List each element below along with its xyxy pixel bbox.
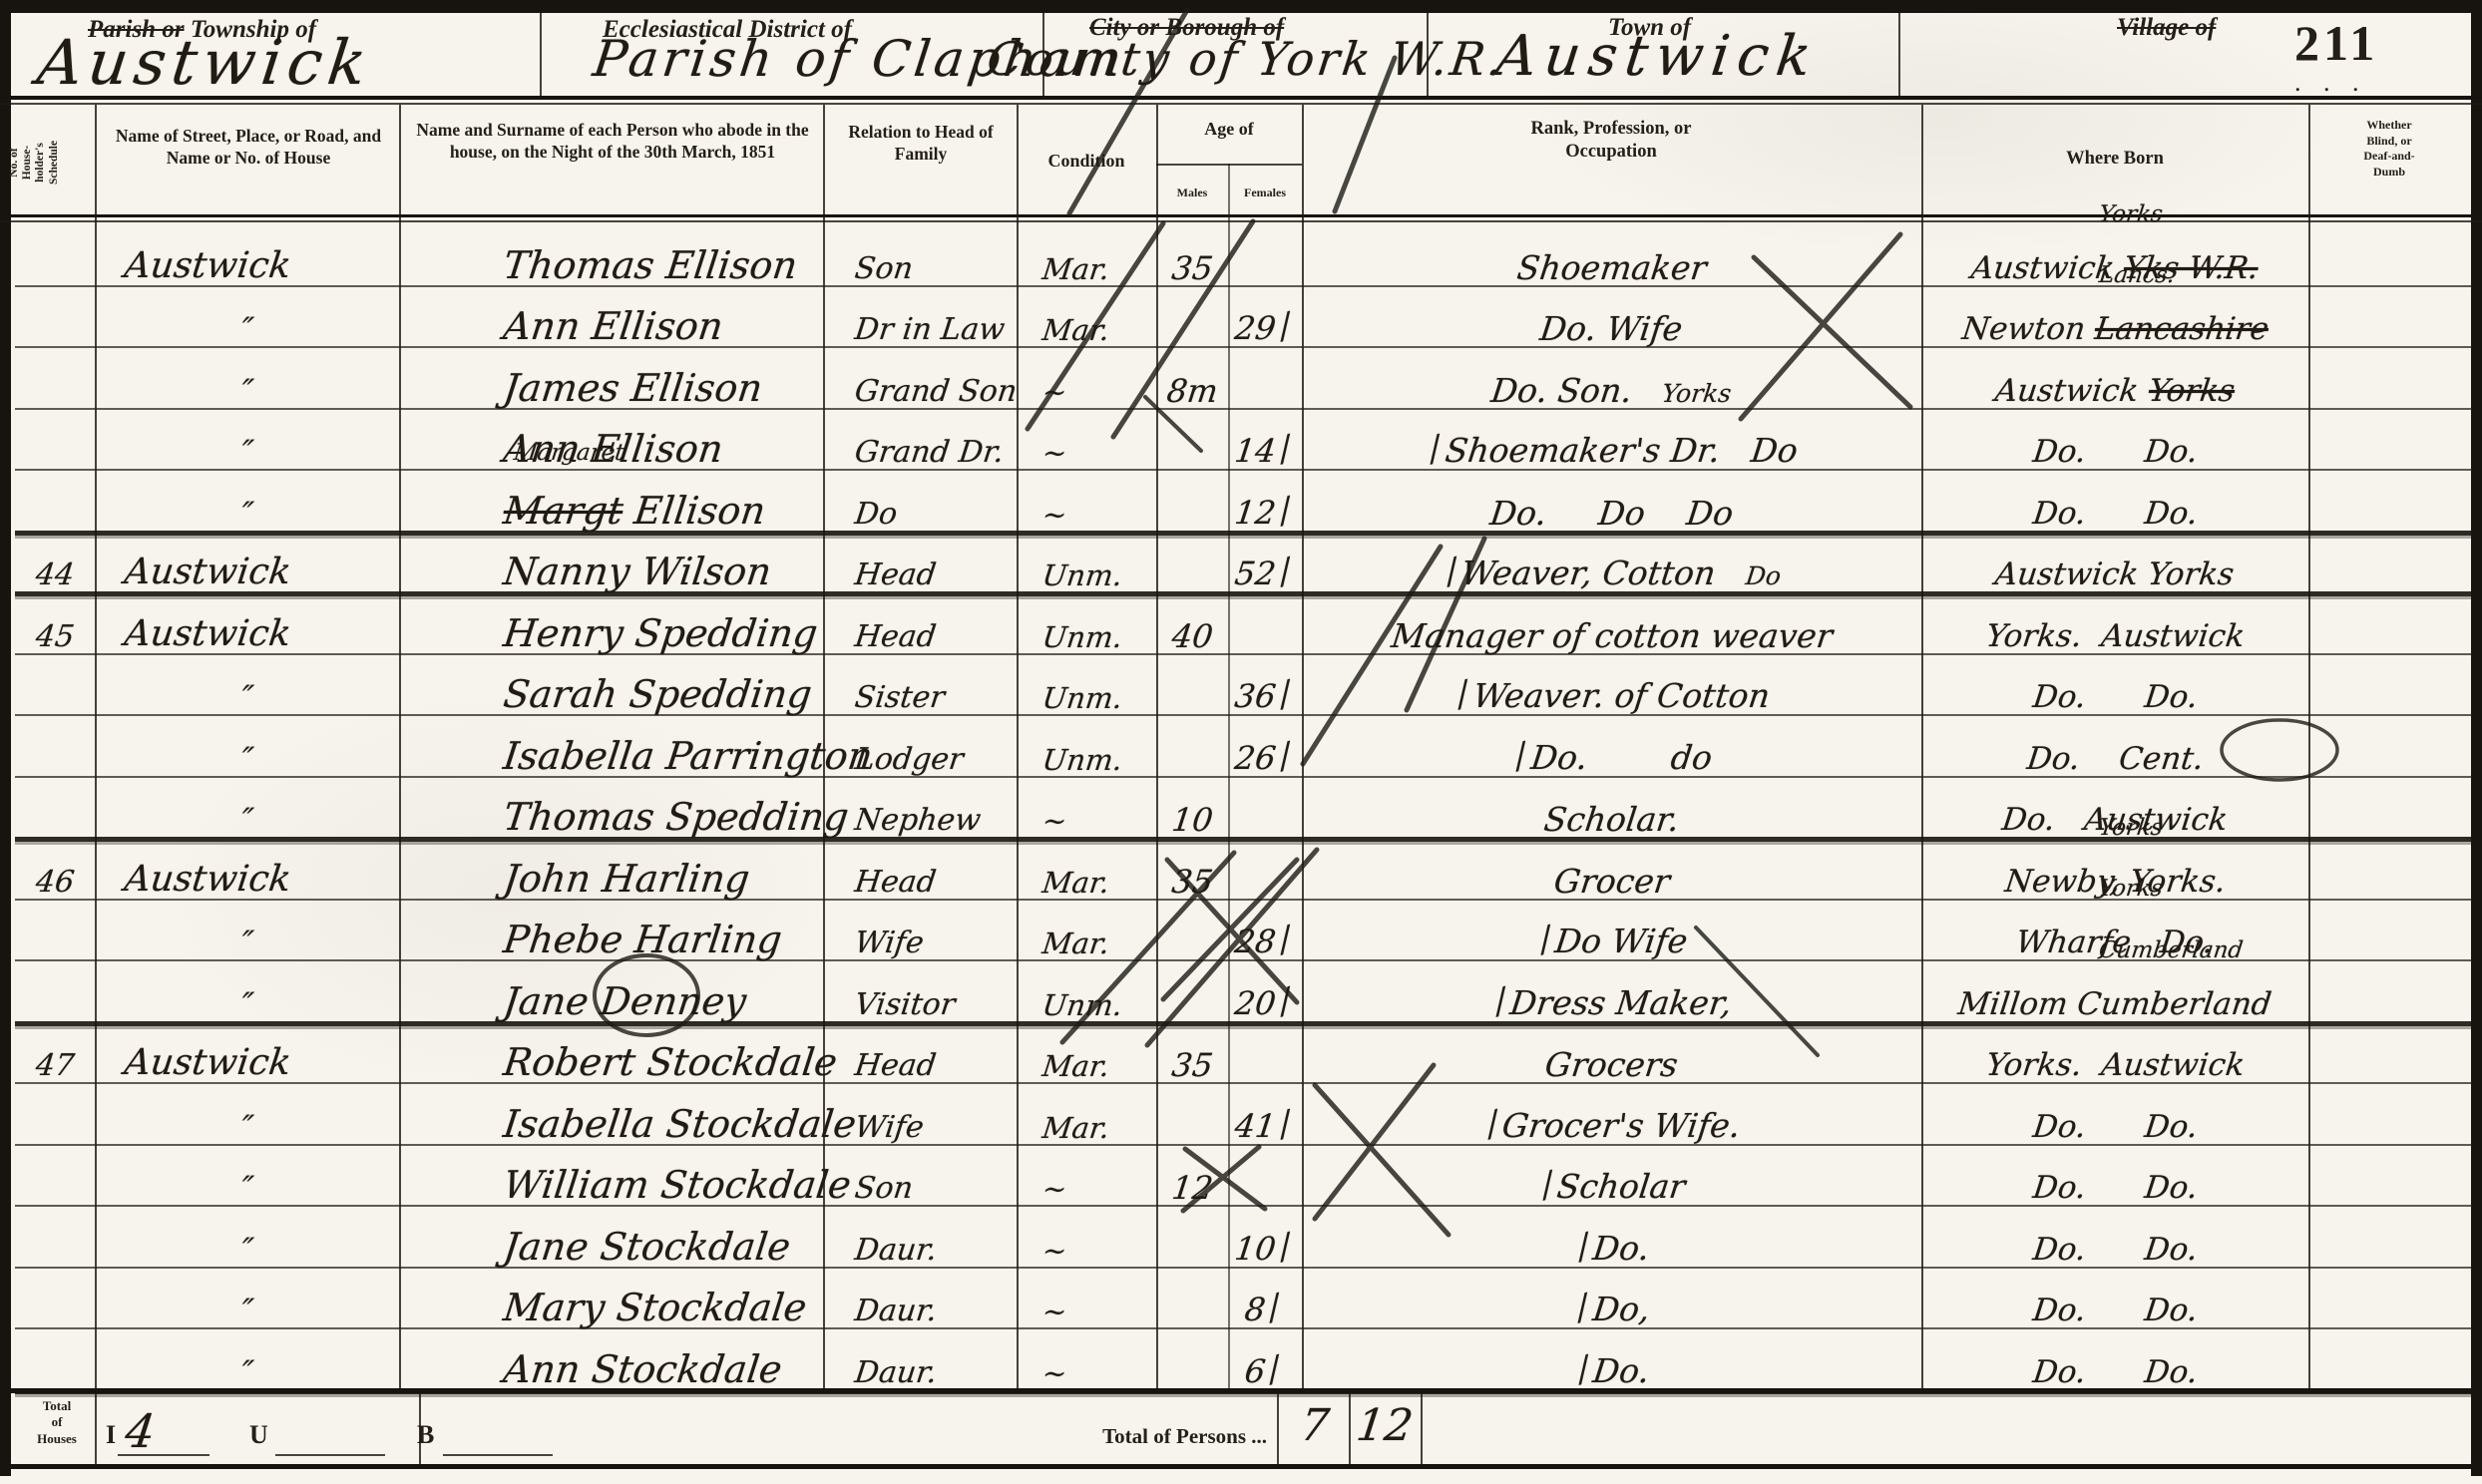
cell-condition: Mar.	[1042, 316, 1109, 345]
cell-born: Do. Do.	[1921, 1235, 2308, 1266]
born-place: Austwick Yorks	[1994, 559, 2237, 590]
cell-born: Do. Cent.	[1921, 744, 2308, 775]
person-name: Henry Spedding	[502, 614, 820, 652]
cell-person-name: Isabella Parrington	[504, 737, 872, 775]
age-male: 12	[1170, 1172, 1215, 1204]
col-occupation: Rank, Profession, or Occupation	[1506, 118, 1716, 164]
occupation: Do Wife	[1553, 925, 1690, 957]
occupation: Do.	[1591, 1232, 1651, 1265]
inhabited-letter: I	[106, 1420, 116, 1450]
relation: Head	[853, 622, 938, 652]
person-name: Ann Ellison	[502, 307, 725, 345]
clerical-tick: ∕	[1443, 554, 1461, 589]
total-houses-value: 4	[126, 1404, 155, 1458]
cell-age-female: 28∕	[1228, 925, 1302, 958]
relation: Head	[853, 868, 938, 898]
condition: Mar.	[1040, 869, 1110, 898]
street-name: Austwick	[123, 1045, 293, 1081]
cell-age-male: 35	[1156, 1049, 1228, 1081]
clerical-tick: ∕	[1511, 738, 1530, 774]
clerical-tick: ∕	[1275, 983, 1294, 1019]
cell-born: Do. Do.	[1921, 1357, 2308, 1388]
cell-relation: Daur.	[855, 1297, 937, 1326]
relation: Daur.	[853, 1236, 939, 1266]
cell-condition: Mar.	[1042, 1052, 1109, 1081]
ditto-mark: ″	[239, 804, 255, 836]
uninhabited-letter: U	[249, 1420, 268, 1450]
cell-occupation: ∕Weaver, CottonDo	[1302, 556, 1921, 590]
street-name: Austwick	[123, 862, 293, 898]
condition: Unm.	[1040, 684, 1123, 713]
clerical-tick: ∕	[1573, 1290, 1592, 1325]
cell-occupation: Manager of cotton weaver	[1302, 619, 1921, 652]
census-row: ″Sarah SpeddingSisterUnm.36∕∕Weaver. of …	[15, 653, 2472, 717]
schedule-number: 45	[34, 622, 76, 652]
census-row: 47AustwickRobert StockdaleHeadMar.35Groc…	[15, 1021, 2472, 1085]
condition: ∼	[1040, 1359, 1068, 1388]
cell-condition: ∼	[1042, 501, 1066, 530]
cell-condition: Mar.	[1042, 255, 1109, 284]
cell-person-name: Jane Stockdale	[504, 1228, 790, 1266]
occupation-note: Do	[1744, 563, 1782, 588]
cell-age-male: 12	[1156, 1172, 1228, 1204]
person-name: Sarah Spedding	[502, 675, 814, 713]
clerical-tick: ∕	[1265, 1290, 1284, 1325]
cell-person-name: William Stockdale	[504, 1166, 851, 1204]
cell-born: Do. Do.	[1921, 682, 2308, 713]
census-row: ″Ann EllisonGrand Dr.∼14∕∕Shoemaker's Dr…	[15, 408, 2472, 472]
person-name: Thomas Ellison	[502, 246, 800, 284]
cell-relation: Son	[855, 254, 913, 284]
person-name: Jane Stockdale	[502, 1228, 793, 1266]
occupation: Do,	[1591, 1293, 1652, 1325]
ditto-mark: ″	[239, 988, 255, 1020]
person-name: Nanny Wilson	[502, 553, 774, 590]
cell-relation: Son	[855, 1174, 913, 1204]
cell-condition: Unm.	[1042, 991, 1122, 1020]
cell-person-name: Robert Stockdale	[504, 1043, 837, 1081]
cell-condition: Mar.	[1042, 1114, 1109, 1143]
age-male: 10	[1170, 804, 1215, 836]
condition: ∼	[1040, 439, 1068, 468]
relation: Daur.	[853, 1358, 939, 1388]
cell-age-female: 36∕	[1228, 679, 1302, 713]
total-persons-label: Total of Persons ...	[898, 1424, 1267, 1449]
col-name: Name and Surname of each Person who abod…	[409, 120, 816, 164]
cell-occupation: Grocers	[1302, 1048, 1921, 1081]
condition: Mar.	[1040, 1052, 1110, 1081]
occupation: Grocer's Wife.	[1500, 1109, 1742, 1142]
occupation: Grocer	[1552, 865, 1672, 898]
born-place: Austwick	[1994, 376, 2151, 407]
cell-occupation: ∕Do,	[1302, 1293, 1921, 1326]
cell-street: Austwick	[125, 616, 290, 652]
clerical-tick: ∕	[1426, 431, 1445, 467]
cell-person-name: Thomas Spedding	[504, 798, 848, 836]
cell-condition: ∼	[1042, 378, 1066, 407]
condition: ∼	[1040, 501, 1068, 530]
clerical-tick: ∕	[1265, 1351, 1284, 1387]
condition: ∼	[1040, 1298, 1068, 1326]
clerical-tick: ∕	[1490, 983, 1509, 1019]
females-total: 12	[1349, 1400, 1421, 1451]
cell-person-name: Ann Stockdale	[504, 1350, 782, 1388]
cell-schedule: 47	[15, 1051, 95, 1081]
cell-relation: Daur.	[855, 1358, 937, 1388]
cell-relation: Dr in Law	[855, 315, 1005, 345]
cell-street-ditto: ″	[95, 313, 399, 345]
col-condition: Condition	[1020, 150, 1153, 173]
born-place: Do. Do.	[2031, 499, 2200, 530]
born-place: Do. Do.	[2031, 1173, 2200, 1204]
cell-street-ditto: ″	[95, 927, 399, 958]
occupation: Weaver, Cotton	[1459, 556, 1718, 589]
total-houses-label: Total of Houses	[22, 1398, 92, 1447]
condition: Mar.	[1040, 929, 1110, 958]
cell-street-ditto: ″	[95, 743, 399, 775]
occupation: Do. Son.	[1489, 374, 1634, 407]
person-name: Isabella Stockdale	[502, 1105, 859, 1143]
age-female: 36	[1233, 680, 1278, 712]
cell-age-female: 20∕	[1228, 986, 1302, 1020]
border-top	[0, 0, 2482, 13]
condition: ∼	[1040, 1237, 1068, 1266]
condition: Unm.	[1040, 561, 1123, 590]
cell-street: Austwick	[125, 248, 290, 284]
age-female: 29	[1233, 312, 1278, 344]
ditto-mark: ″	[239, 681, 255, 713]
cell-relation: Grand Dr.	[855, 438, 1004, 468]
cell-born: Yorks. Austwick	[1921, 621, 2308, 652]
condition: Mar.	[1040, 1114, 1110, 1143]
born-place: Do. Do.	[2031, 682, 2200, 713]
clerical-tick: ∕	[1275, 1106, 1294, 1142]
cell-condition: ∼	[1042, 1237, 1066, 1266]
cell-relation: Nephew	[855, 806, 981, 836]
age-male: 35	[1170, 1049, 1215, 1081]
cell-relation: Head	[855, 1051, 936, 1081]
born-correction: Cumberland	[2098, 939, 2245, 962]
cell-relation: Wife	[855, 928, 924, 958]
relation: Son	[853, 1174, 915, 1204]
census-row: ″Mary StockdaleDaur.∼8∕∕Do,Do. Do.	[15, 1267, 2472, 1330]
township-value: Austwick	[38, 26, 372, 99]
cell-occupation: ∕Do. do	[1302, 741, 1921, 775]
born-place: Do. Do.	[2031, 1112, 2200, 1143]
age-female: 10	[1233, 1233, 1278, 1265]
relation: Nephew	[853, 806, 983, 836]
cell-relation: Wife	[855, 1113, 924, 1143]
person-name: Ann Stockdale	[502, 1350, 784, 1388]
cell-street-ditto: ″	[95, 375, 399, 407]
cell-age-female: 29∕	[1228, 311, 1302, 345]
cell-person-name: Ann Ellison	[504, 307, 723, 345]
occupation: Shoemaker's Dr. Do	[1444, 434, 1800, 467]
cell-person-name: Isabella Stockdale	[504, 1105, 856, 1143]
relation: Visitor	[853, 990, 957, 1020]
age-female: 6	[1243, 1355, 1267, 1387]
col-born: Where Born	[2015, 148, 2215, 171]
clerical-tick: ∕	[1275, 554, 1294, 589]
relation: Sister	[853, 683, 946, 713]
ditto-mark: ″	[239, 1111, 255, 1143]
census-row: ″Ann StockdaleDaur.∼6∕∕Do.Do. Do.	[15, 1327, 2472, 1394]
born-place: Newton	[1960, 314, 2097, 345]
cell-relation: Sister	[855, 683, 945, 713]
born-place: Do. Do.	[2031, 437, 2200, 468]
cell-condition: Unm.	[1042, 746, 1122, 775]
occupation: Do. do	[1529, 741, 1714, 774]
cell-schedule: 46	[15, 868, 95, 898]
cell-person-name: James Ellison	[504, 369, 762, 407]
cell-relation: Do	[855, 500, 897, 530]
cell-occupation: ∕Grocer's Wife.	[1302, 1109, 1921, 1143]
born-place: Do. Cent.	[2025, 744, 2205, 775]
relation: Grand Dr.	[853, 438, 1006, 468]
ditto-mark: ″	[239, 743, 255, 775]
occupation: Do. Wife	[1538, 312, 1684, 345]
born-place: Millom Cumberland	[1956, 989, 2274, 1020]
cell-occupation: Do. Son.Yorks	[1302, 374, 1921, 407]
cell-person-name: Thomas Ellison	[504, 246, 797, 284]
ditto-mark: ″	[239, 1234, 255, 1266]
ditto-mark: ″	[239, 498, 255, 530]
cell-occupation: Scholar.	[1302, 803, 1921, 836]
cell-born: Do. Do.	[1921, 437, 2308, 468]
born-correction: Lancs.	[2098, 264, 2177, 287]
clerical-tick: ∕	[1275, 738, 1294, 774]
occupation: Dress Maker,	[1508, 986, 1734, 1019]
condition: Unm.	[1040, 623, 1123, 652]
borough-value: County of York W.R.	[988, 32, 1505, 86]
cell-person-name: Henry Spedding	[504, 614, 817, 652]
born-correction: Yorks	[2098, 817, 2165, 840]
condition: ∼	[1040, 807, 1068, 836]
clerical-tick: ∕	[1275, 922, 1294, 957]
age-female: 28	[1233, 926, 1278, 957]
cell-person-name: Sarah Spedding	[504, 675, 812, 713]
clerical-tick: ∕	[1453, 676, 1472, 712]
cell-occupation: Do. Do Do	[1302, 497, 1921, 530]
cell-person-name: Phebe Harling	[504, 921, 782, 958]
age-female: 20	[1233, 987, 1278, 1019]
condition: Mar.	[1040, 255, 1110, 284]
col-blind: Whether Blind, or Deaf-and- Dumb	[2314, 118, 2464, 180]
col-schedule: No. of House- holder's Schedule	[8, 118, 98, 207]
males-total: 7	[1281, 1400, 1349, 1451]
census-row: ″Isabella StockdaleWifeMar.41∕∕Grocer's …	[15, 1082, 2472, 1146]
cell-street-ditto: ″	[95, 1111, 399, 1143]
cell-occupation: Grocer	[1302, 865, 1921, 898]
age-male: 40	[1170, 620, 1215, 652]
clerical-tick: ∕	[1573, 1351, 1592, 1387]
cell-relation: Daur.	[855, 1236, 937, 1266]
cell-born: Do. Do.	[1921, 1296, 2308, 1326]
clerical-tick: ∕	[1275, 308, 1294, 344]
relation: Lodger	[853, 745, 965, 775]
age-male: 8m	[1165, 375, 1220, 407]
cell-age-male: 40	[1156, 620, 1228, 652]
schedule-number: 44	[34, 560, 76, 590]
cell-relation: Lodger	[855, 745, 964, 775]
occupation: Weaver. of Cotton	[1471, 679, 1772, 712]
cell-street: Austwick	[125, 1045, 290, 1081]
relation: Wife	[853, 928, 925, 958]
cell-age-female: 10∕	[1228, 1232, 1302, 1266]
cell-relation: Head	[855, 622, 936, 652]
person-name: William Stockdale	[502, 1166, 854, 1204]
cell-relation: Head	[855, 560, 936, 590]
relation: Daur.	[853, 1297, 939, 1326]
cell-person-name: Nanny Wilson	[504, 553, 771, 590]
relation: Head	[853, 1051, 938, 1081]
cell-street: Austwick	[125, 555, 290, 590]
cell-condition: ∼	[1042, 1359, 1066, 1388]
census-row: ″Jane DenneyVisitorUnm.20∕∕Dress Maker,C…	[15, 959, 2472, 1026]
cell-occupation: ∕Do.	[1302, 1232, 1921, 1266]
census-row: ″MargaretMargt EllisonDo∼12∕Do. Do DoDo.…	[15, 469, 2472, 536]
cell-street-ditto: ″	[95, 498, 399, 530]
cell-condition: ∼	[1042, 1175, 1066, 1204]
page-number: 211	[2294, 14, 2378, 72]
census-row: ″Jane StockdaleDaur.∼10∕∕Do.Do. Do.	[15, 1205, 2472, 1269]
age-female: 14	[1233, 435, 1278, 467]
cell-born: Do. Do.	[1921, 1173, 2308, 1204]
ditto-mark: ″	[239, 313, 255, 345]
cell-person-name: Mary Stockdale	[504, 1289, 806, 1326]
street-name: Austwick	[123, 616, 293, 652]
cell-condition: ∼	[1042, 439, 1066, 468]
occupation: Do.	[1591, 1354, 1651, 1387]
col-age: Age of	[1156, 118, 1302, 141]
cell-condition: ∼	[1042, 807, 1066, 836]
cell-street-ditto: ″	[95, 1356, 399, 1388]
cell-condition: Mar.	[1042, 929, 1109, 958]
census-row: ″Isabella ParringtonLodgerUnm.26∕∕Do. do…	[15, 714, 2472, 778]
clerical-tick: ∕	[1275, 676, 1294, 712]
census-row: ″Ann EllisonDr in LawMar.29∕Do. WifeLanc…	[15, 285, 2472, 349]
clerical-tick: ∕	[1275, 493, 1294, 529]
person-name: Isabella Parrington	[502, 737, 875, 775]
cell-occupation: ∕Dress Maker,	[1302, 986, 1921, 1020]
clerical-tick: ∕	[1275, 1229, 1294, 1265]
person-name: Robert Stockdale	[502, 1043, 840, 1081]
cell-person-name: Jane Denney	[504, 982, 746, 1020]
census-row: 44AustwickNanny WilsonHeadUnm.52∕∕Weaver…	[15, 531, 2472, 597]
name-struck: Margt	[502, 492, 625, 530]
census-row: ″William StockdaleSon∼12∕ScholarDo. Do.	[15, 1144, 2472, 1208]
cell-occupation: Do. Wife	[1302, 312, 1921, 345]
cell-street-ditto: ″	[95, 1172, 399, 1204]
cell-street-ditto: ″	[95, 681, 399, 713]
cell-street-ditto: ″	[95, 804, 399, 836]
cell-condition: Unm.	[1042, 623, 1122, 652]
col-males: Males	[1156, 185, 1228, 200]
born-place: Do. Do.	[2031, 1235, 2200, 1266]
age-female: 41	[1233, 1110, 1278, 1142]
ditto-mark: ″	[239, 375, 255, 407]
cell-condition: Unm.	[1042, 684, 1122, 713]
cell-born: Do. Do.	[1921, 1112, 2308, 1143]
age-male: 35	[1170, 252, 1215, 284]
condition: Mar.	[1040, 316, 1110, 345]
person-name: Thomas Spedding	[502, 798, 851, 836]
cell-schedule: 45	[15, 622, 95, 652]
town-value: Austwick	[1496, 24, 1819, 89]
cell-born: Lancs.Newton Lancashire	[1921, 314, 2308, 345]
occupation: Scholar	[1555, 1170, 1687, 1203]
cell-born: CumberlandMillom Cumberland	[1921, 989, 2308, 1020]
condition: ∼	[1040, 378, 1068, 407]
relation: Head	[853, 560, 938, 590]
person-name: James Ellison	[502, 369, 765, 407]
cell-age-male: 35	[1156, 866, 1228, 898]
born-place: Do. Do.	[2031, 1296, 2200, 1326]
born-correction: Yorks	[2098, 878, 2165, 901]
occupation: Do. Do Do	[1488, 497, 1735, 530]
ditto-mark: ″	[239, 1295, 255, 1326]
cell-occupation: ∕Do.	[1302, 1354, 1921, 1388]
relation: Dr in Law	[853, 315, 1007, 345]
age-female: 52	[1233, 557, 1278, 589]
cell-age-female: 52∕	[1228, 556, 1302, 590]
born-place: Do. Do.	[2031, 1357, 2200, 1388]
col-females: Females	[1228, 185, 1302, 200]
street-name: Austwick	[123, 248, 293, 284]
cell-person-name: MargaretMargt Ellison	[504, 492, 765, 530]
born-correction: Yorks	[2098, 203, 2165, 226]
clerical-tick: ∕	[1537, 1167, 1556, 1203]
street-name: Austwick	[123, 555, 293, 590]
cell-occupation: ∕Scholar	[1302, 1170, 1921, 1204]
schedule-number: 46	[34, 868, 76, 898]
cell-relation: Grand Son	[855, 377, 1017, 407]
age-male: 35	[1170, 866, 1215, 898]
born-struck: Yorks	[2147, 376, 2237, 407]
cell-occupation: Shoemaker	[1302, 251, 1921, 284]
ditto-mark: ″	[239, 436, 255, 468]
cell-condition: Unm.	[1042, 561, 1122, 590]
born-place: Yorks. Austwick	[1984, 621, 2247, 652]
village-dots: . . .	[2294, 68, 2367, 98]
person-name: Mary Stockdale	[502, 1289, 809, 1326]
cell-age-male: 35	[1156, 252, 1228, 284]
cell-occupation: ∕Weaver. of Cotton	[1302, 679, 1921, 713]
age-female: 26	[1233, 742, 1278, 774]
cell-street-ditto: ″	[95, 1234, 399, 1266]
cell-schedule: 44	[15, 560, 95, 590]
cell-relation: Head	[855, 868, 936, 898]
person-name: Jane Denney	[502, 982, 748, 1020]
col-relation: Relation to Head of Family	[830, 122, 1012, 166]
age-female: 12	[1233, 497, 1278, 529]
cell-born: Yorks. Austwick	[1921, 1050, 2308, 1081]
person-name: John Harling	[502, 860, 752, 898]
cell-age-female: 6∕	[1228, 1354, 1302, 1388]
occupation: Grocers	[1543, 1048, 1680, 1081]
cell-born: Austwick Yorks	[1921, 559, 2308, 590]
cell-street-ditto: ″	[95, 988, 399, 1020]
ditto-mark: ″	[239, 927, 255, 958]
cell-born: Do. Do.	[1921, 499, 2308, 530]
cell-age-male: 8m	[1156, 375, 1228, 407]
cell-occupation: ∕Do Wife	[1302, 925, 1921, 958]
name-correction: Margaret	[513, 442, 625, 465]
occupation: Manager of cotton weaver	[1390, 619, 1835, 652]
cell-person-name: John Harling	[504, 860, 749, 898]
cell-age-female: 8∕	[1228, 1293, 1302, 1326]
cell-street-ditto: ″	[95, 436, 399, 468]
